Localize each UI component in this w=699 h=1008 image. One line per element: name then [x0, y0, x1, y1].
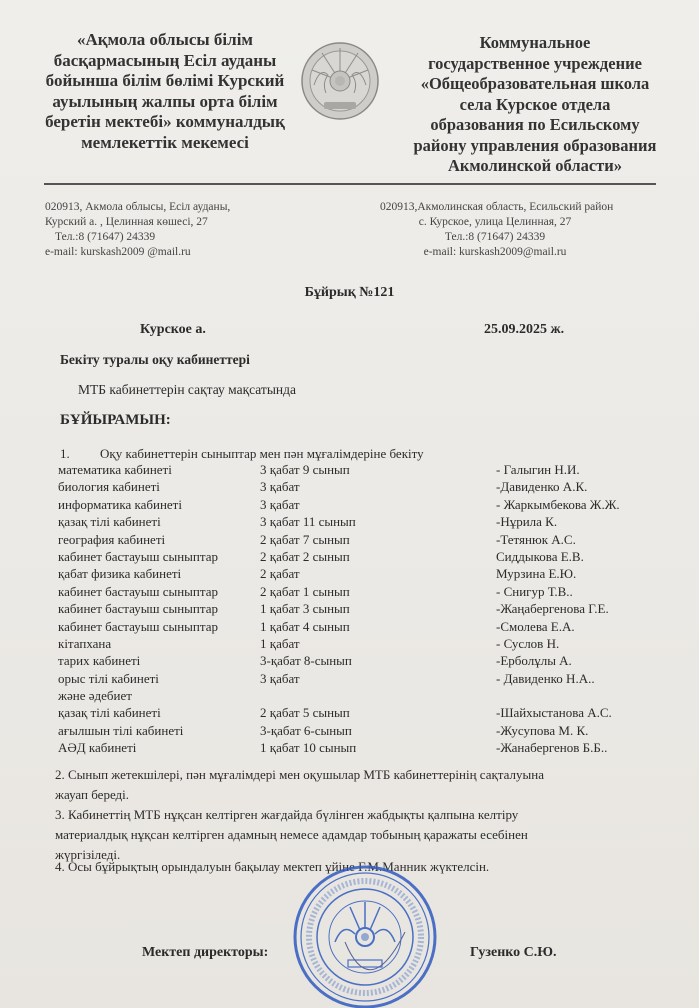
location-cell: 3 қабат 9 сынып [260, 461, 350, 478]
teacher-cell: -Жусупова М. К. [496, 722, 588, 739]
table-row: математика кабинеті3 қабат 9 сынып- Галы… [58, 461, 658, 478]
order-subject: Бекіту туралы оқу кабинеттері [60, 352, 250, 368]
header-right-line: государственное учреждение [405, 54, 665, 75]
room-cell: кабинет бастауыш сыныптар [58, 548, 218, 565]
header-kazakh-institution-name: «Ақмола облысы білім басқармасының Есіл … [40, 30, 290, 153]
room-cell: орыс тілі кабинеті [58, 670, 159, 687]
room-cell: АӘД кабинеті [58, 739, 136, 756]
signature-label: Мектеп директоры: [142, 945, 268, 961]
order-purpose: МТБ кабинеттерін сақтау мақсатында [78, 382, 296, 398]
table-row: биология кабинеті3 қабат-Давиденко А.К. [58, 478, 658, 495]
location-cell: 2 қабат 1 сынып [260, 583, 350, 600]
header-russian-institution-name: Коммунальное государственное учреждение … [405, 33, 665, 177]
room-cell: биология кабинеті [58, 478, 160, 495]
table-row: кабинет бастауыш сыныптар1 қабат 4 сынып… [58, 618, 658, 635]
location-cell: 1 қабат 3 сынып [260, 600, 350, 617]
header-left-line: ауылының жалпы орта білім [40, 92, 290, 113]
header-divider [44, 183, 656, 185]
table-row: қазақ тілі кабинеті2 қабат 5 сынып-Шайхы… [58, 704, 658, 721]
email-line: e-mail: kurskash2009@mail.ru [380, 245, 610, 260]
order-date: 25.09.2025 ж. [484, 322, 564, 338]
item-text: 2. Сынып жетекшілері, пән мұғалімдері ме… [55, 765, 655, 785]
table-row: кабинет бастауыш сыныптар2 қабат 2 сынып… [58, 548, 658, 565]
table-row: кітапхана1 қабат- Суслов Н. [58, 635, 658, 652]
room-cell: кабинет бастауыш сыныптар [58, 583, 218, 600]
teacher-cell: -Ерболұлы А. [496, 652, 572, 669]
assignment-table: математика кабинеті3 қабат 9 сынып- Галы… [58, 461, 658, 757]
order-item-3: 3. Кабинеттің МТБ нұқсан келтірген жағда… [55, 805, 655, 865]
teacher-cell: - Давиденко Н.А.. [496, 670, 595, 687]
teacher-cell: -Нұрила К. [496, 513, 557, 530]
location-cell: 1 қабат 4 сынып [260, 618, 350, 635]
address-line: с. Курское, улица Целинная, 27 [380, 215, 610, 230]
location-cell: 1 қабат 10 сынып [260, 739, 356, 756]
header-right-line: образования по Есильскому [405, 115, 665, 136]
room-cell: және әдебиет [58, 687, 132, 704]
item-text: материалдық нұқсан келтірген адамның нем… [55, 825, 655, 845]
teacher-cell: - Снигур Т.В.. [496, 583, 573, 600]
teacher-cell: Мурзина Е.Ю. [496, 565, 576, 582]
phone-line: Тел.:8 (71647) 24339 [45, 230, 230, 245]
header-left-line: мемлекеттік мекемесі [40, 133, 290, 154]
header-right-line: району управления образования [405, 136, 665, 157]
room-cell: қабат физика кабинеті [58, 565, 181, 582]
order-place: Курское а. [140, 322, 206, 338]
room-cell: қазақ тілі кабинеті [58, 513, 161, 530]
room-cell: кабинет бастауыш сыныптар [58, 618, 218, 635]
email-line: e-mail: kurskash2009 @mail.ru [45, 245, 230, 260]
state-emblem-icon [300, 40, 380, 122]
room-cell: математика кабинеті [58, 461, 172, 478]
order-item-1: 1.Оқу кабинеттерін сыныптар мен пән мұға… [60, 446, 424, 462]
teacher-cell: -Смолева Е.А. [496, 618, 575, 635]
item-text: жауап береді. [55, 785, 655, 805]
teacher-cell: Сиддыкова Е.В. [496, 548, 584, 565]
table-row: кабинет бастауыш сыныптар1 қабат 3 сынып… [58, 600, 658, 617]
location-cell: 3 қабат [260, 478, 300, 495]
order-command: БҰЙЫРАМЫН: [60, 412, 171, 429]
item-text: Оқу кабинеттерін сыныптар мен пән мұғалі… [100, 446, 424, 461]
room-cell: тарих кабинеті [58, 652, 140, 669]
location-cell: 3-қабат 8-сынып [260, 652, 352, 669]
item-text: 3. Кабинеттің МТБ нұқсан келтірген жағда… [55, 805, 655, 825]
order-item-2: 2. Сынып жетекшілері, пән мұғалімдері ме… [55, 765, 655, 805]
location-cell: 3 қабат [260, 670, 300, 687]
header-left-line: бойынша білім бөлімі Курский [40, 71, 290, 92]
table-row: қабат физика кабинеті 2 қабатМурзина Е.Ю… [58, 565, 658, 582]
table-row: ағылшын тілі кабинеті3-қабат 6-сынып-Жус… [58, 722, 658, 739]
phone-line: Тел.:8 (71647) 24339 [380, 230, 610, 245]
document-page: «Ақмола облысы білім басқармасының Есіл … [0, 0, 699, 1008]
location-cell: 2 қабат 7 сынып [260, 531, 350, 548]
location-cell: 2 қабат [260, 565, 300, 582]
header-right-line: Акмолинской области» [405, 156, 665, 177]
table-row: информатика кабинеті3 қабат- Жаркымбеков… [58, 496, 658, 513]
table-row: АӘД кабинеті1 қабат 10 сынып-Жанабергено… [58, 739, 658, 756]
address-kazakh: 020913, Акмола облысы, Есіл ауданы, Курс… [45, 200, 230, 260]
teacher-cell: - Галыгин Н.И. [496, 461, 580, 478]
header-left-line: «Ақмола облысы білім [40, 30, 290, 51]
address-line: Курский а. , Целинная көшесі, 27 [45, 215, 230, 230]
room-cell: ағылшын тілі кабинеті [58, 722, 183, 739]
order-title: Бұйрық №121 [0, 285, 699, 301]
room-cell: кітапхана [58, 635, 111, 652]
header-left-line: беретін мектебі» коммуналдық [40, 112, 290, 133]
room-cell: қазақ тілі кабинеті [58, 704, 161, 721]
header-left-line: басқармасының Есіл ауданы [40, 51, 290, 72]
teacher-cell: -Жаңабергенова Г.Е. [496, 600, 609, 617]
location-cell: 2 қабат 2 сынып [260, 548, 350, 565]
item-number: 1. [60, 446, 100, 462]
table-row: және әдебиет [58, 687, 658, 704]
header-right-line: Коммунальное [405, 33, 665, 54]
location-cell: 2 қабат 5 сынып [260, 704, 350, 721]
location-cell: 3-қабат 6-сынып [260, 722, 352, 739]
teacher-cell: - Жаркымбекова Ж.Ж. [496, 496, 620, 513]
table-row: қазақ тілі кабинеті3 қабат 11 сынып-Нұри… [58, 513, 658, 530]
room-cell: география кабинеті [58, 531, 165, 548]
location-cell: 1 қабат [260, 635, 300, 652]
room-cell: информатика кабинеті [58, 496, 182, 513]
address-line: 020913, Акмола облысы, Есіл ауданы, [45, 200, 230, 215]
signature-name: Гузенко С.Ю. [470, 945, 557, 961]
header-right-line: села Курское отдела [405, 95, 665, 116]
teacher-cell: - Суслов Н. [496, 635, 559, 652]
location-cell: 3 қабат 11 сынып [260, 513, 356, 530]
location-cell: 3 қабат [260, 496, 300, 513]
address-russian: 020913,Акмолинская область, Есильский ра… [380, 200, 610, 260]
address-line: 020913,Акмолинская область, Есильский ра… [380, 200, 610, 215]
table-row: тарих кабинеті 3-қабат 8-сынып-Ерболұлы … [58, 652, 658, 669]
teacher-cell: -Тетянюк А.С. [496, 531, 576, 548]
table-row: кабинет бастауыш сыныптар2 қабат 1 сынып… [58, 583, 658, 600]
table-row: орыс тілі кабинеті 3 қабат - Давиденко Н… [58, 670, 658, 687]
header-right-line: «Общеобразовательная школа [405, 74, 665, 95]
table-row: география кабинеті 2 қабат 7 сынып-Тетян… [58, 531, 658, 548]
official-stamp-icon [290, 862, 440, 1008]
teacher-cell: -Жанабергенов Б.Б.. [496, 739, 607, 756]
room-cell: кабинет бастауыш сыныптар [58, 600, 218, 617]
teacher-cell: -Давиденко А.К. [496, 478, 587, 495]
teacher-cell: -Шайхыстанова А.С. [496, 704, 612, 721]
